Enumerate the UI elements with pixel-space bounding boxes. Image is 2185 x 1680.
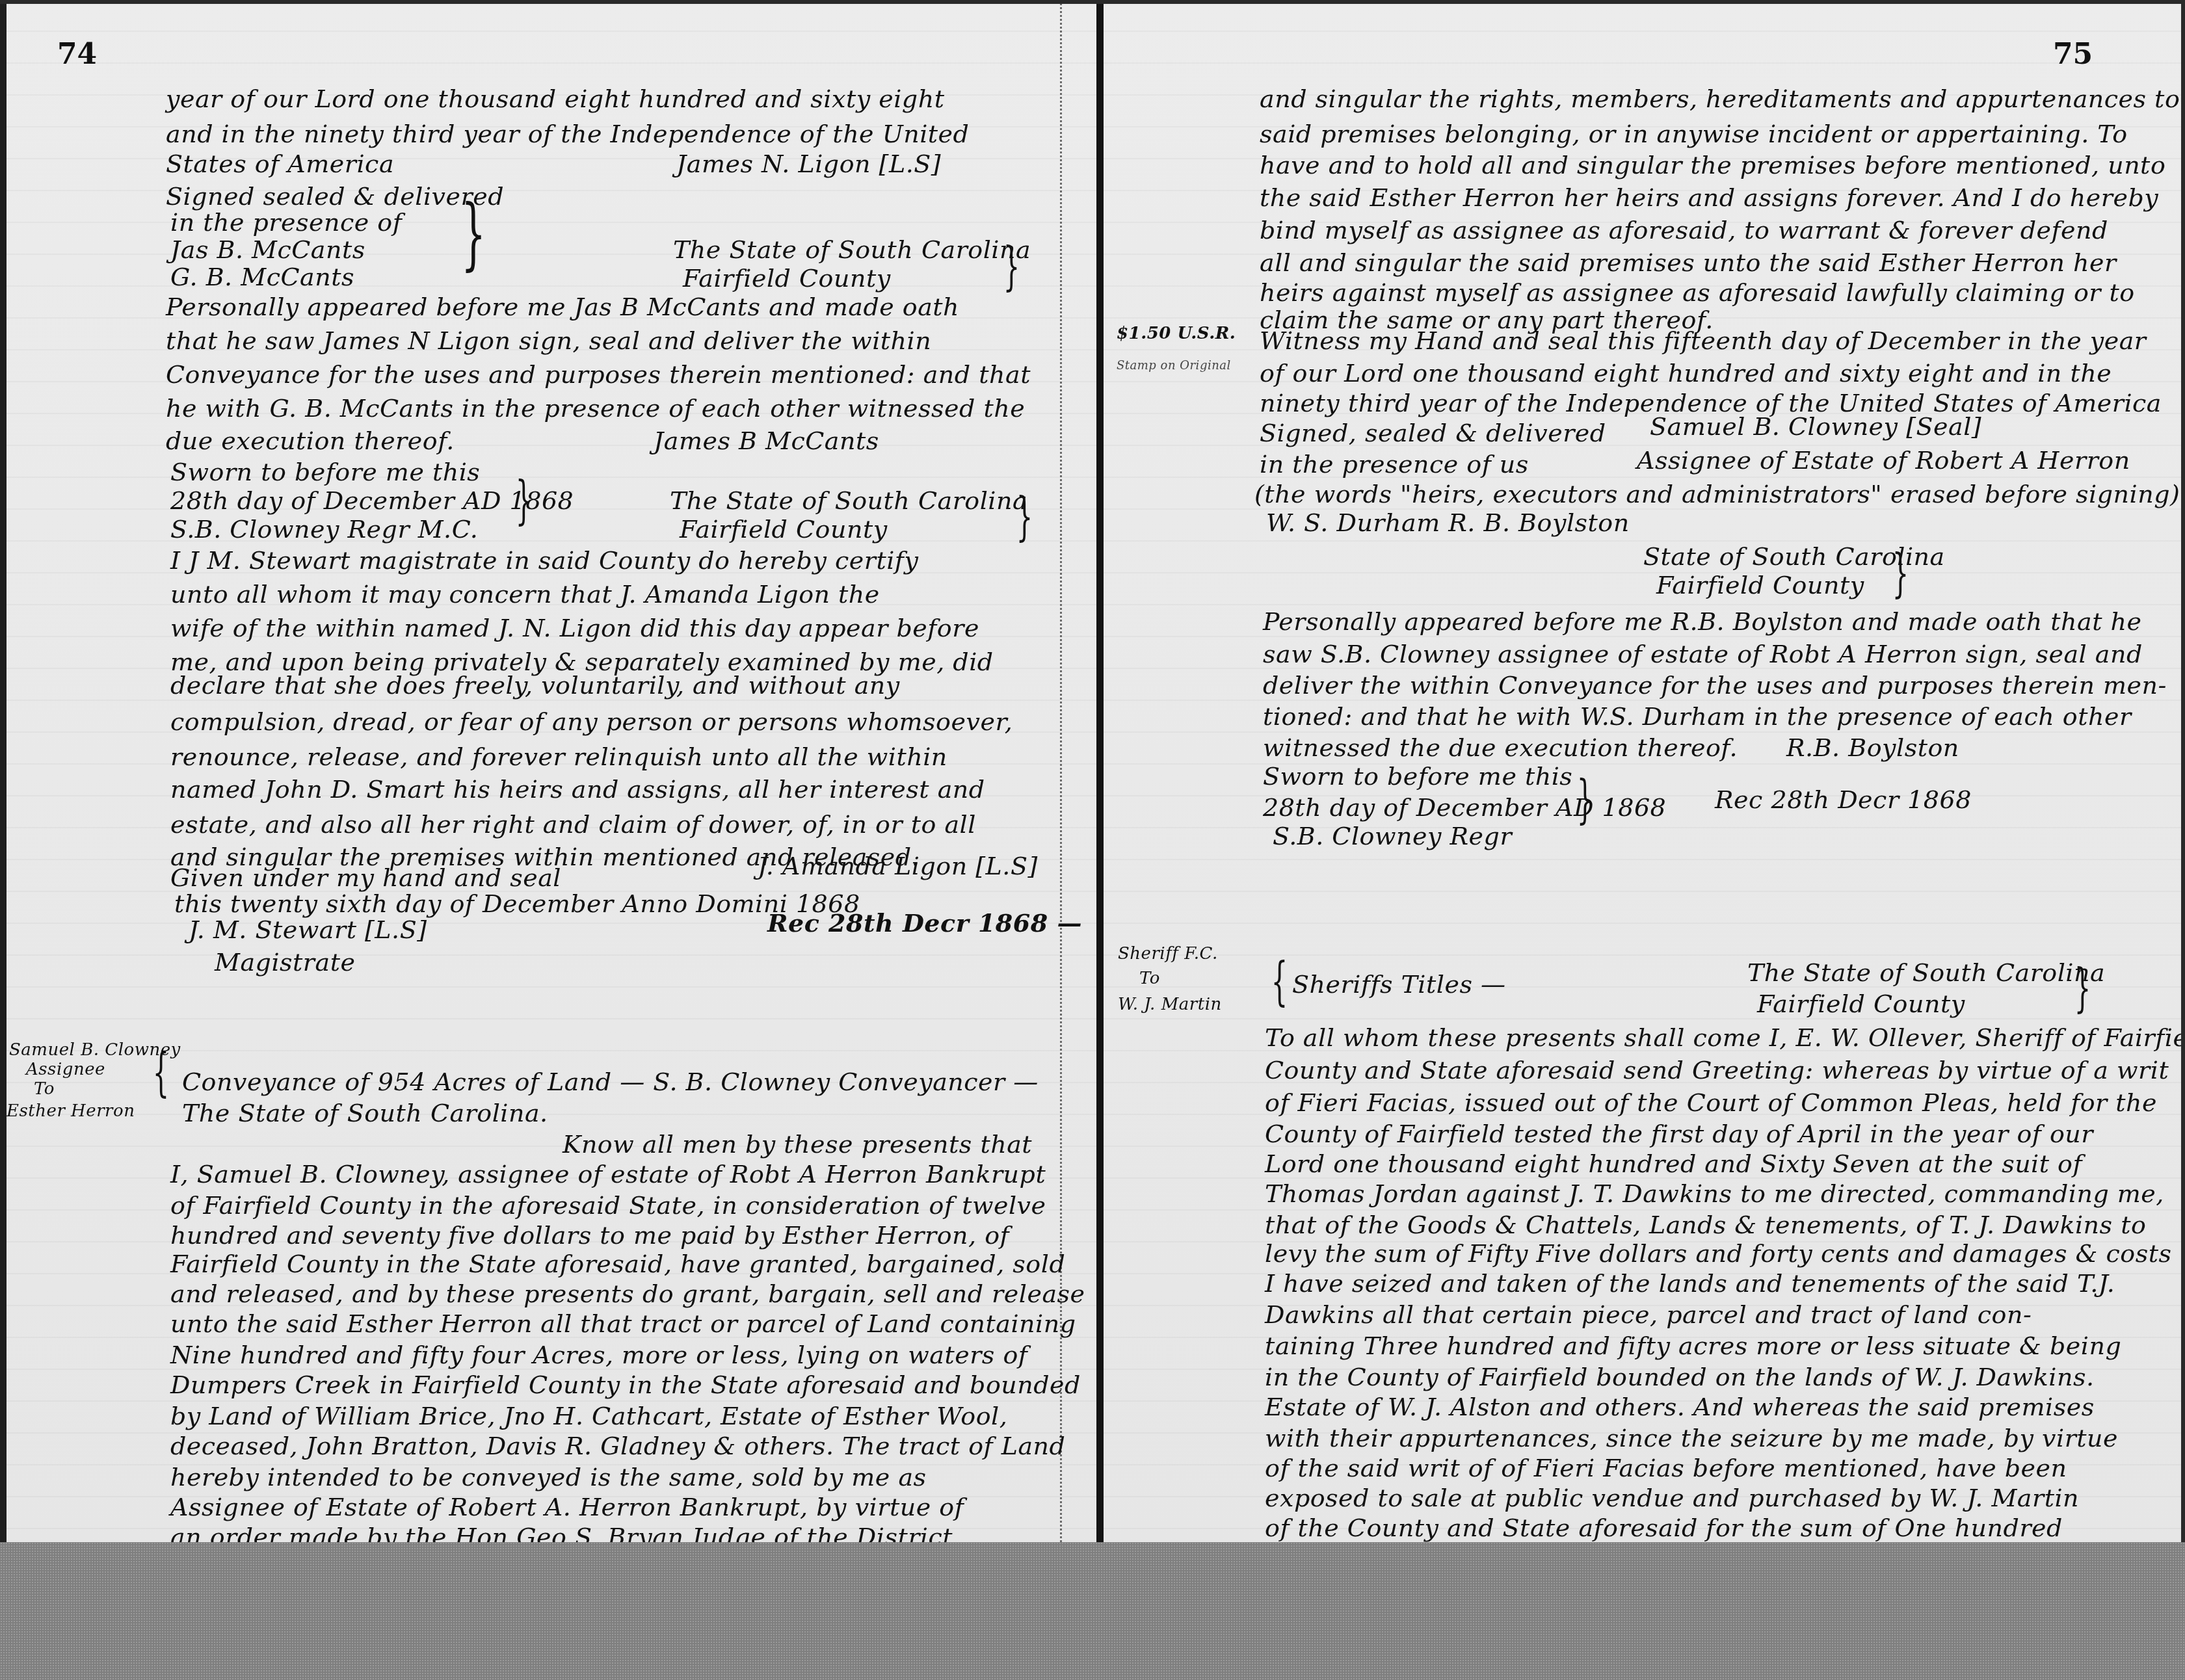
grantor-title: Assignee of Estate of Robert A Herron (1637, 445, 2130, 476)
text-line: have and to hold all and singular the pr… (1260, 150, 2165, 181)
titles-line: Estate of W. J. Alston and others. And w… (1265, 1391, 2095, 1423)
recorded-note: Rec 28th Decr 1868 — (767, 908, 1082, 939)
text-line: said premises belonging, or in anywise i… (1260, 118, 2128, 150)
text-line: year of our Lord one thousand eight hund… (166, 83, 944, 114)
renunciation-line: compulsion, dread, or fear of any person… (170, 706, 1013, 737)
deed-line: an order made by the Hon Geo S. Bryan Ju… (170, 1521, 953, 1542)
titles-line: that of the Goods & Chattels, Lands & te… (1265, 1209, 2146, 1240)
titles-line: of the County and State aforesaid for th… (1265, 1512, 2063, 1542)
titles-line: exposed to sale at public vendue and pur… (1265, 1482, 2079, 1514)
text-line: all and singular the said premises unto … (1260, 247, 2117, 278)
sworn-line: S.B. Clowney Regr (1273, 820, 1512, 852)
renunciation-line: named John D. Smart his heirs and assign… (170, 774, 985, 805)
renunciation-line: wife of the within named J. N. Ligon did… (170, 612, 979, 644)
brace: } (1892, 547, 1909, 599)
deed-line: Dumpers Creek in Fairfield County in the… (170, 1369, 1081, 1400)
titles-line: Dawkins all that certain piece, parcel a… (1265, 1299, 2032, 1330)
stamp-original-note: Stamp on Original (1117, 359, 1231, 373)
signed-label: in the presence of us (1260, 449, 1529, 480)
witness-names: W. S. Durham R. B. Boylston (1266, 507, 1630, 538)
titles-line: Lord one thousand eight hundred and Sixt… (1265, 1148, 2082, 1179)
page-number: 74 (57, 38, 97, 71)
renunciation-line: unto all whom it may concern that J. Ama… (170, 579, 880, 610)
deed-line: of Fairfield County in the aforesaid Sta… (170, 1190, 1046, 1221)
signature: J. Amanda Ligon [L.S] (758, 850, 1038, 882)
deed-line: Assignee of Estate of Robert A. Herron B… (170, 1491, 964, 1523)
jurisdiction-county: Fairfield County (1656, 570, 1864, 601)
titles-heading: Sheriffs Titles — (1292, 969, 1506, 1000)
margin-note-role: Assignee (26, 1060, 105, 1079)
margin-note-to: To (1139, 969, 1160, 988)
page-edge (0, 0, 2185, 4)
titles-line: taining Three hundred and fifty acres mo… (1265, 1330, 2121, 1361)
signature: Samuel B. Clowney [Seal] (1650, 411, 1981, 442)
jurisdiction-state: The State of South Carolina (673, 234, 1031, 265)
affidavit-line: Personally appeared before me Jas B McCa… (166, 291, 959, 322)
margin-note-to: To (34, 1079, 55, 1099)
titles-line: Thomas Jordan against J. T. Dawkins to m… (1265, 1178, 2164, 1209)
affidavit-line: deliver the within Conveyance for the us… (1263, 670, 2167, 701)
brace: } (2074, 962, 2091, 1014)
titles-line: in the County of Fairfield bounded on th… (1265, 1361, 2095, 1393)
book-gutter (1096, 0, 1104, 1542)
affidavit-line: Conveyance for the uses and purposes the… (166, 359, 1031, 390)
brace: } (516, 475, 532, 527)
text-line: bind myself as assignee as aforesaid, to… (1260, 215, 2108, 246)
margin-note-name: W. J. Martin (1118, 995, 1222, 1014)
deed-state: The State of South Carolina. (182, 1097, 548, 1129)
titles-line: County and State aforesaid send Greeting… (1265, 1055, 2169, 1086)
magistrate-title: Magistrate (215, 947, 355, 978)
deed-line: hundred and seventy five dollars to me p… (170, 1220, 1009, 1251)
brace: } (1577, 774, 1593, 826)
affidavit-line: witnessed the due execution thereof. (1263, 732, 1738, 763)
jurisdiction-state: The State of South Carolina (1747, 957, 2105, 988)
signature: James N. Ligon [L.S] (676, 148, 941, 179)
brace: } (1003, 241, 1020, 293)
affidavit-line: tioned: and that he with W.S. Durham in … (1263, 701, 2132, 732)
margin-note-name: Esther Herron (7, 1101, 135, 1121)
sworn-line: 28th day of December AD 1868 (1263, 792, 1666, 823)
witness-line: Witness my Hand and seal this fifteenth … (1260, 325, 2146, 356)
deed-line: hereby intended to be conveyed is the sa… (170, 1462, 927, 1493)
renunciation-line: renounce, release, and forever relinquis… (170, 741, 947, 772)
deed-opening: Know all men by these presents that (563, 1129, 1032, 1160)
deed-line: and released, and by these presents do g… (170, 1278, 1085, 1309)
titles-line: I have seized and taken of the lands and… (1265, 1268, 2115, 1299)
scan-padding-band (0, 1542, 2185, 1680)
renunciation-line: estate, and also all her right and claim… (170, 809, 976, 840)
signed-label: Signed, sealed & delivered (1260, 417, 1606, 449)
revenue-stamp-note: $1.50 U.S.R. (1117, 324, 1236, 343)
brace: } (1016, 491, 1033, 543)
renunciation-line: declare that she does freely, voluntaril… (170, 670, 900, 701)
deed-line: unto the said Esther Herron all that tra… (170, 1308, 1076, 1339)
page-edge (0, 0, 7, 1542)
witness-name: Jas B. McCants (170, 234, 365, 265)
sworn-line: Sworn to before me this (170, 456, 480, 488)
renunciation-line: I J M. Stewart magistrate in said County… (170, 545, 918, 576)
titles-line: of Fieri Facias, issued out of the Court… (1265, 1087, 2157, 1118)
affidavit-line: due execution thereof. (166, 425, 455, 456)
deed-line: by Land of William Brice, Jno H. Cathcar… (170, 1400, 1007, 1432)
right-page: 75 and singular the rights, members, her… (1104, 0, 2185, 1542)
jurisdiction-county: Fairfield County (683, 263, 891, 294)
deed-line: Fairfield County in the State aforesaid,… (170, 1248, 1065, 1280)
titles-line: with their appurtenances, since the seiz… (1265, 1423, 2118, 1454)
sworn-line: 28th day of December AD 1868 (170, 485, 574, 516)
sworn-line: Sworn to before me this (1263, 761, 1572, 792)
deed-line: deceased, John Bratton, Davis R. Gladney… (170, 1430, 1065, 1462)
jurisdiction-county: Fairfield County (680, 514, 888, 545)
affidavit-line: he with G. B. McCants in the presence of… (166, 393, 1025, 424)
affidavit-line: that he saw James N Ligon sign, seal and… (166, 325, 931, 356)
erasure-note: (the words "heirs, executors and adminis… (1254, 479, 2180, 510)
brace: } (461, 195, 486, 273)
recorded-note: Rec 28th Decr 1868 (1715, 784, 1972, 815)
brace: { (153, 1047, 169, 1099)
affidavit-line: Personally appeared before me R.B. Boyls… (1263, 606, 2142, 637)
text-line: States of America (166, 148, 394, 179)
text-line: heirs against myself as assignee as afor… (1260, 277, 2135, 308)
text-line: the said Esther Herron her heirs and ass… (1260, 182, 2158, 213)
deed-heading: Conveyance of 954 Acres of Land — S. B. … (182, 1066, 1039, 1097)
affidavit-line: saw S.B. Clowney assignee of estate of R… (1263, 638, 2143, 670)
titles-line: To all whom these presents shall come I,… (1265, 1022, 2185, 1053)
sworn-line: S.B. Clowney Regr M.C. (170, 514, 478, 545)
jurisdiction-state: The State of South Carolina (670, 485, 1027, 516)
jurisdiction-county: Fairfield County (1757, 988, 1965, 1019)
left-page: 74 year of our Lord one thousand eight h… (0, 0, 1096, 1542)
margin-note-from: Sheriff F.C. (1118, 944, 1218, 964)
document-scan: 74 year of our Lord one thousand eight h… (0, 0, 2185, 1542)
brace: { (1271, 956, 1288, 1008)
witness-line: of our Lord one thousand eight hundred a… (1260, 358, 2112, 389)
witness-label: in the presence of (170, 207, 402, 238)
titles-line: levy the sum of Fifty Five dollars and f… (1265, 1238, 2171, 1269)
witness-name: G. B. McCants (170, 261, 354, 293)
text-line: and in the ninety third year of the Inde… (166, 118, 969, 150)
titles-line: of the said writ of of Fieri Facias befo… (1265, 1452, 2067, 1484)
signature: R.B. Boylston (1786, 732, 1959, 763)
page-number: 75 (2053, 38, 2093, 71)
deed-line: I, Samuel B. Clowney, assignee of estate… (170, 1159, 1046, 1190)
deed-line: Nine hundred and fifty four Acres, more … (170, 1339, 1027, 1371)
signature: J. M. Stewart [L.S] (189, 914, 427, 945)
titles-line: County of Fairfield tested the first day… (1265, 1118, 2093, 1149)
text-line: and singular the rights, members, heredi… (1260, 83, 2185, 114)
page-edge (2181, 0, 2185, 1542)
signature: James B McCants (654, 425, 879, 456)
